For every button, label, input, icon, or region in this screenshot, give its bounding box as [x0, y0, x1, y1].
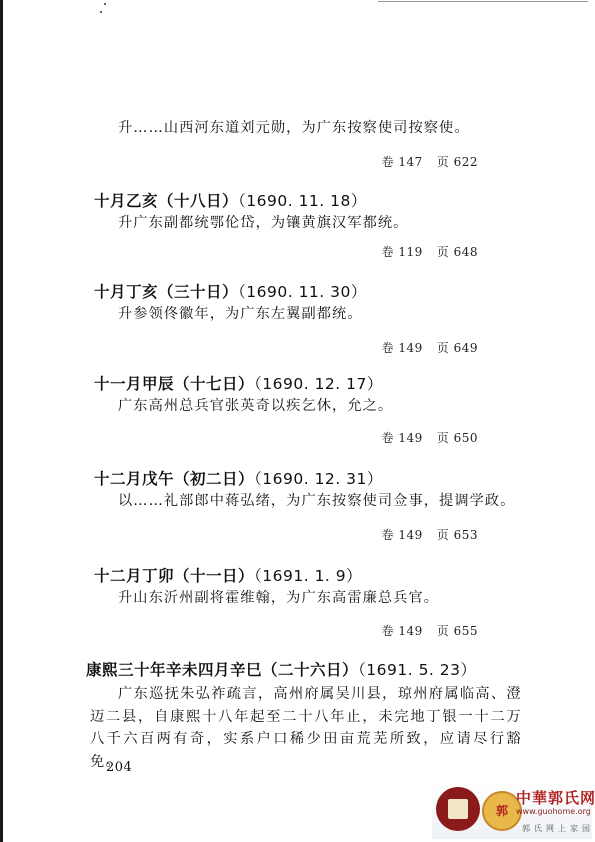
- entry-date: （1690. 12. 31）: [254, 470, 383, 488]
- entry-date: （1691. 5. 23）: [358, 661, 477, 679]
- watermark-url: www.guohome.org: [516, 807, 591, 816]
- entry-heading: 十月乙亥（十八日）（1690. 11. 18）: [94, 190, 524, 212]
- entry: 十二月戊午（初二日）（1690. 12. 31） 以……礼部郎中蒋弘绪，为广东按…: [94, 468, 524, 512]
- citation-page: 页 653: [437, 528, 478, 542]
- entry-heading-text: 康熙三十年辛未四月辛巳（二十六日）: [86, 661, 358, 679]
- entry-body: 以……礼部郎中蒋弘绪，为广东按察使司佥事，提调学政。: [94, 490, 524, 512]
- scan-speck: [104, 3, 106, 5]
- entry-heading-text: 十月乙亥（十八日）: [94, 192, 238, 210]
- top-rule-short: [378, 1, 418, 2]
- citation-page: 页 650: [437, 431, 478, 445]
- entry-heading-text: 十二月戊午（初二日）: [94, 470, 254, 488]
- entry-citation: 卷 149页 650: [382, 429, 478, 446]
- watermark-logo: 郭 中華郭氏网 www.guohome.org 郭氏网上家园: [432, 783, 592, 839]
- entry-citation: 卷 149页 653: [382, 526, 478, 543]
- scan-edge: [0, 0, 3, 842]
- top-rule-long: [418, 1, 588, 2]
- page-number: 204: [106, 760, 132, 775]
- entry-heading: 十二月戊午（初二日）（1690. 12. 31）: [94, 468, 524, 490]
- entry-heading-text: 十一月甲辰（十七日）: [94, 375, 254, 393]
- entry-heading: 十一月甲辰（十七日）（1690. 12. 17）: [94, 373, 524, 395]
- citation-volume: 卷 119: [382, 245, 423, 259]
- watermark-title: 中華郭氏网: [516, 787, 595, 808]
- entry-date: （1691. 1. 9）: [254, 567, 362, 585]
- entry: 十月丁亥（三十日）（1690. 11. 30） 升参领佟徽年，为广东左翼副都统。: [94, 281, 524, 325]
- citation-page: 页 648: [437, 245, 478, 259]
- citation-volume: 卷 149: [382, 341, 423, 355]
- citation-volume: 卷 149: [382, 528, 423, 542]
- entry-body: 升广东副都统鄂伦岱，为镶黄旗汉军都统。: [94, 212, 524, 234]
- citation-page: 页 622: [437, 155, 478, 169]
- citation-volume: 卷 149: [382, 431, 423, 445]
- scan-speck: [100, 11, 102, 13]
- entry-heading: 十二月丁卯（十一日）（1691. 1. 9）: [94, 565, 524, 587]
- entry: 康熙三十年辛未四月辛巳（二十六日）（1691. 5. 23）: [86, 659, 516, 681]
- entry: 十二月丁卯（十一日）（1691. 1. 9） 升山东沂州副将霍维翰，为广东高雷廉…: [94, 565, 524, 609]
- document-page: 升……山西河东道刘元勋，为广东按察使司按察使。 卷 147页 622 十月乙亥（…: [0, 0, 595, 842]
- entry: 十月乙亥（十八日）（1690. 11. 18） 升广东副都统鄂伦岱，为镶黄旗汉军…: [94, 190, 524, 234]
- entry-heading: 十月丁亥（三十日）（1690. 11. 30）: [94, 281, 524, 303]
- emblem-icon: [436, 787, 480, 831]
- entry-body: 升……山西河东道刘元勋，为广东按察使司按察使。: [94, 117, 524, 139]
- watermark-slogan: 郭氏网上家园: [522, 823, 594, 834]
- entry-citation: 卷 147页 622: [382, 153, 478, 170]
- entry-date: （1690. 11. 18）: [238, 192, 367, 210]
- entry-heading: 康熙三十年辛未四月辛巳（二十六日）（1691. 5. 23）: [86, 659, 516, 681]
- entry-body: 广东高州总兵官张英奇以疾乞休，允之。: [94, 395, 524, 417]
- citation-page: 页 649: [437, 341, 478, 355]
- entry-body: 升参领佟徽年，为广东左翼副都统。: [94, 303, 524, 325]
- entry-citation: 卷 119页 648: [382, 243, 478, 260]
- entry-heading-text: 十月丁亥（三十日）: [94, 283, 238, 301]
- entry: 十一月甲辰（十七日）（1690. 12. 17） 广东高州总兵官张英奇以疾乞休，…: [94, 373, 524, 417]
- entry-date: （1690. 12. 17）: [254, 375, 383, 393]
- entry-body: 升山东沂州副将霍维翰，为广东高雷廉总兵官。: [94, 587, 524, 609]
- citation-volume: 卷 147: [382, 155, 423, 169]
- entry-citation: 卷 149页 649: [382, 339, 478, 356]
- entry-citation: 卷 149页 655: [382, 622, 478, 639]
- entry-heading-text: 十二月丁卯（十一日）: [94, 567, 254, 585]
- citation-page: 页 655: [437, 624, 478, 638]
- entry-date: （1690. 11. 30）: [238, 283, 367, 301]
- citation-volume: 卷 149: [382, 624, 423, 638]
- entry-paragraph: 广东巡抚朱弘祚疏言，高州府属吴川县，琼州府属临高、澄迈二县，自康熙十八年起至二十…: [90, 683, 522, 773]
- entry-continuation: 升……山西河东道刘元勋，为广东按察使司按察使。: [94, 117, 524, 139]
